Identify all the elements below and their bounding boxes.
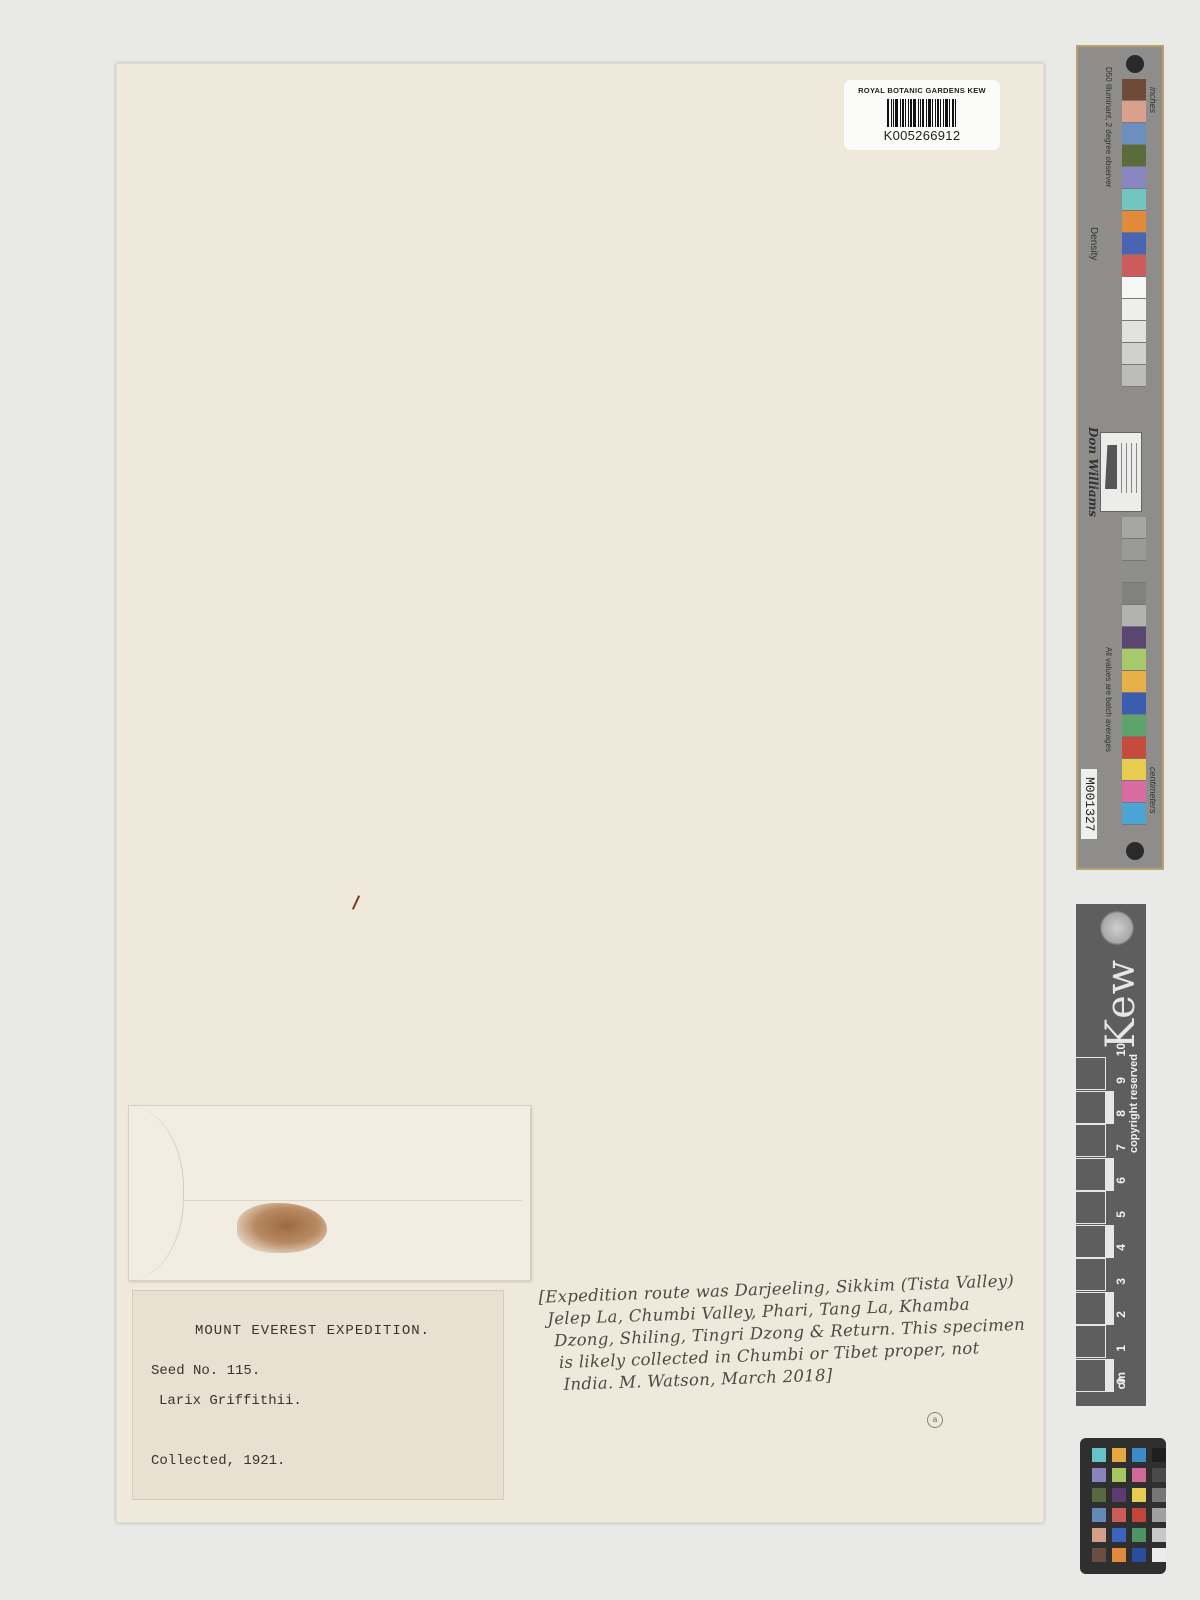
illuminant-text: D50 Illuminant, 2 degree observer <box>1104 67 1113 188</box>
envelope-flap <box>129 1106 184 1280</box>
ruler-tick <box>1106 1292 1114 1325</box>
ruler-tick <box>1106 1158 1114 1191</box>
color-patch <box>1122 145 1146 167</box>
checker-swatch <box>1152 1508 1166 1522</box>
checker-swatch <box>1132 1488 1146 1502</box>
color-patch <box>1122 211 1146 233</box>
color-patch <box>1122 167 1146 189</box>
batch-text: All values are batch averages <box>1104 647 1113 752</box>
color-patch <box>1122 321 1146 343</box>
resolution-target <box>1100 432 1142 512</box>
ruler-segment <box>1076 1191 1106 1224</box>
ruler-segment <box>1076 1225 1106 1258</box>
ruler-number: 4 <box>1114 1244 1132 1251</box>
checker-swatch <box>1092 1488 1106 1502</box>
handwritten-annotation: [Expedition route was Darjeeling, Sikkim… <box>538 1269 1042 1396</box>
color-patch <box>1122 123 1146 145</box>
checker-swatch <box>1152 1528 1166 1542</box>
registration-dot-icon <box>1126 55 1144 73</box>
barcode-number: K005266912 <box>844 128 1000 143</box>
ruler-number: 7 <box>1114 1144 1132 1151</box>
barcode-icon <box>872 99 972 127</box>
checker-swatch <box>1092 1528 1106 1542</box>
collection-year: Collected, 1921. <box>151 1453 285 1469</box>
checker-swatch <box>1132 1528 1146 1542</box>
ruler-segment <box>1076 1325 1106 1358</box>
color-patch <box>1122 803 1146 825</box>
copyright-text: copyright reserved <box>1128 1054 1140 1153</box>
checker-swatch <box>1152 1468 1166 1482</box>
ruler-segment <box>1076 1124 1106 1157</box>
kew-scale-bar: Kew copyright reserved 012345678910 cm <box>1076 904 1146 1406</box>
checker-swatch <box>1132 1548 1146 1562</box>
checker-swatch <box>1112 1448 1126 1462</box>
circled-mark: a <box>927 1412 943 1428</box>
color-patch <box>1122 343 1146 365</box>
checker-swatch <box>1112 1528 1126 1542</box>
line-pairs-icon <box>1121 443 1139 493</box>
typed-specimen-label: MOUNT EVEREST EXPEDITION. Seed No. 115. … <box>132 1290 504 1500</box>
color-calibration-strip: D50 Illuminant, 2 degree observer inches… <box>1076 45 1164 870</box>
color-patches-bottom <box>1122 517 1146 825</box>
checker-swatch <box>1152 1448 1166 1462</box>
wedge-icon <box>1105 445 1117 489</box>
centimeters-label: centimeters <box>1148 767 1158 814</box>
color-patch <box>1122 759 1146 781</box>
checker-swatch <box>1112 1548 1126 1562</box>
color-patch <box>1122 365 1146 387</box>
color-patch <box>1122 79 1146 101</box>
checker-swatch <box>1092 1548 1106 1562</box>
color-patch <box>1122 583 1146 605</box>
color-patch <box>1122 101 1146 123</box>
ruler-number: 10 <box>1114 1043 1132 1056</box>
cm-ruler <box>1076 1049 1112 1392</box>
color-patch <box>1122 233 1146 255</box>
ruler-segment <box>1076 1091 1106 1124</box>
checker-swatch <box>1092 1508 1106 1522</box>
density-label: Density <box>1088 227 1099 260</box>
checker-swatch <box>1112 1508 1126 1522</box>
seed-stain <box>237 1203 327 1253</box>
color-checker-card <box>1080 1438 1166 1574</box>
registration-dot-icon <box>1126 842 1144 860</box>
scale-id-label: M001327 <box>1081 769 1097 839</box>
checker-swatch <box>1132 1508 1146 1522</box>
color-patch <box>1122 605 1146 627</box>
ruler-tick <box>1106 1359 1114 1392</box>
ruler-number: 5 <box>1114 1211 1132 1218</box>
color-patch <box>1122 539 1146 561</box>
ruler-segment <box>1076 1258 1106 1291</box>
checker-swatch <box>1112 1488 1126 1502</box>
ruler-number: 9 <box>1114 1077 1132 1084</box>
kew-logo: Kew <box>1098 959 1144 1049</box>
color-patch <box>1122 189 1146 211</box>
color-patch <box>1122 561 1146 583</box>
ruler-tick <box>1106 1091 1114 1124</box>
color-patch <box>1122 693 1146 715</box>
ruler-number: 8 <box>1114 1110 1132 1117</box>
checker-swatch <box>1152 1548 1166 1562</box>
color-patch <box>1122 255 1146 277</box>
color-patch <box>1122 781 1146 803</box>
institution-name: ROYAL BOTANIC GARDENS KEW <box>844 86 1000 95</box>
ruler-number: 3 <box>1114 1278 1132 1285</box>
label-title: MOUNT EVEREST EXPEDITION. <box>195 1323 430 1339</box>
envelope-fold <box>184 1200 522 1201</box>
color-patch <box>1122 649 1146 671</box>
ruler-segment <box>1076 1359 1106 1392</box>
checker-swatch <box>1112 1468 1126 1482</box>
checker-swatch <box>1132 1468 1146 1482</box>
color-patches-top <box>1122 79 1146 387</box>
ruler-segment <box>1076 1292 1106 1325</box>
seed-envelope <box>128 1105 531 1281</box>
unit-label: cm <box>1114 1372 1132 1389</box>
seed-number: Seed No. 115. <box>151 1363 260 1379</box>
ruler-segment <box>1076 1057 1106 1090</box>
checker-swatch <box>1092 1468 1106 1482</box>
ruler-number: 6 <box>1114 1177 1132 1184</box>
color-patch <box>1122 737 1146 759</box>
royal-crest-icon <box>1100 910 1134 946</box>
ruler-number: 1 <box>1114 1345 1132 1352</box>
checker-swatch <box>1152 1488 1166 1502</box>
ruler-tick <box>1106 1225 1114 1258</box>
checker-swatch <box>1092 1448 1106 1462</box>
inches-label: inches <box>1148 87 1158 113</box>
color-patch <box>1122 299 1146 321</box>
color-patch <box>1122 517 1146 539</box>
color-patch <box>1122 277 1146 299</box>
checker-swatch <box>1132 1448 1146 1462</box>
ruler-segment <box>1076 1158 1106 1191</box>
color-patch <box>1122 715 1146 737</box>
color-patch <box>1122 627 1146 649</box>
brand-label: Don Williams <box>1086 427 1100 517</box>
barcode-label: ROYAL BOTANIC GARDENS KEW K005266912 <box>844 80 1000 150</box>
ruler-number: 2 <box>1114 1311 1132 1318</box>
species-name: Larix Griffithii. <box>159 1393 302 1409</box>
color-patch <box>1122 671 1146 693</box>
